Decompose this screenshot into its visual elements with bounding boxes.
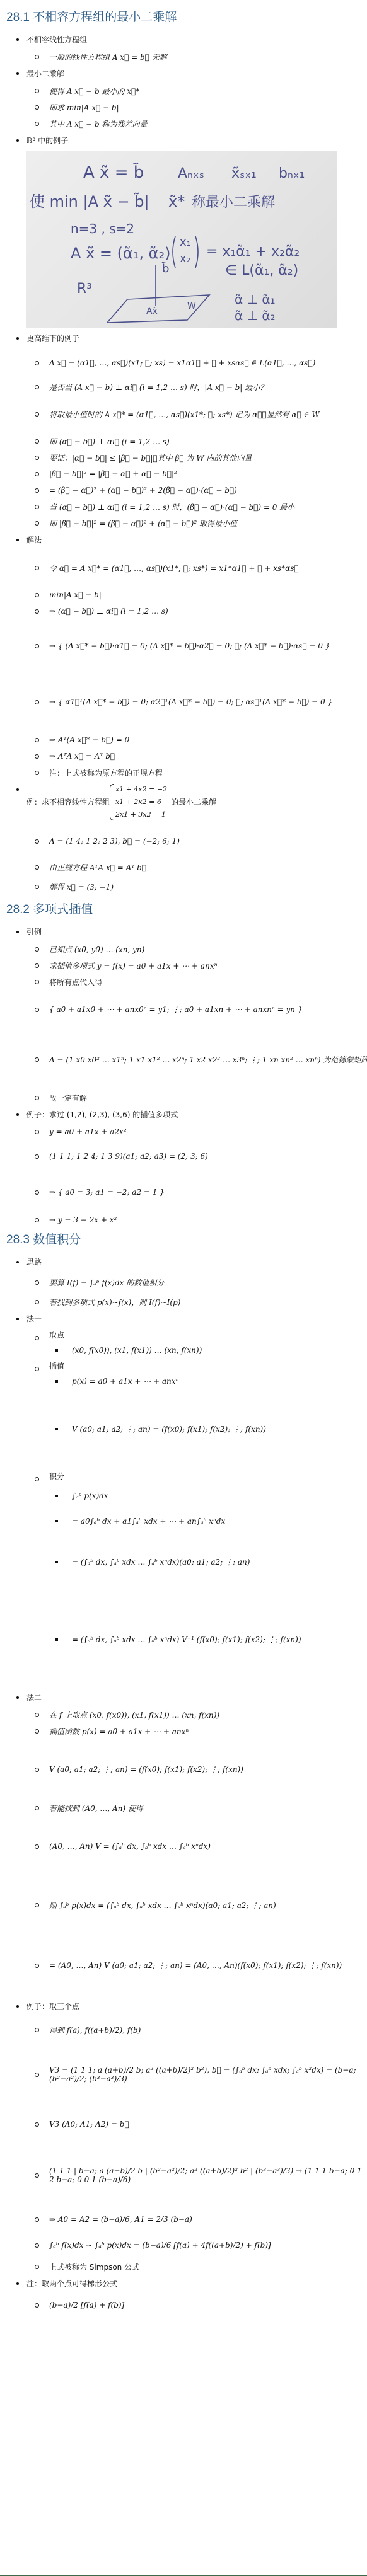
sub-item: A = (1 4; 1 2; 2 3), b⃗ = (−2; 6; 1) (26, 825, 367, 857)
item-label: 解法 (26, 534, 42, 546)
sub-item: ∫ₐᵇ f(x)dx ~ ∫ₐᵇ p(x)dx = (b−a)/6 [f(a) … (26, 2234, 367, 2257)
svg-text:Aₙₓₛ: Aₙₓₛ (178, 166, 204, 181)
sub-sub-item: p(x) = a0 + a1x + ⋯ + anxⁿ (49, 1375, 367, 1388)
item-label: 引例 (26, 926, 42, 938)
sub-item: V (a0; a1; a2; ⋮; an) = (f(x0); f(x1); f… (26, 1741, 367, 1798)
sub-item: 积分 ∫ₐᵇ p(x)dx = a0∫ₐᵇ dx + a1∫ₐᵇ xdx + ⋯… (26, 1471, 367, 1687)
sub-item: 已知点 (x0, y0) … (xn, yn) (26, 943, 367, 955)
sub-item: 插值函数 p(x) = a0 + a1x + ⋯ + anxⁿ (26, 1725, 367, 1737)
svg-text:x₂: x₂ (180, 252, 191, 265)
sub-sub-item: = a0∫ₐᵇ dx + a1∫ₐᵇ xdx + ⋯ + an∫ₐᵇ xⁿdx (49, 1510, 367, 1532)
sub-sub-item: ∫ₐᵇ p(x)dx (49, 1485, 367, 1507)
sub-sub-item: V (a0; a1; a2; ⋮; an) = (f(x0); f(x1); f… (49, 1391, 367, 1467)
sub-item: ⇒ y = 3 − 2x + x² (26, 1214, 367, 1226)
sub-item: (1 1 1; 1 2 4; 1 3 9)(a1; a2; a3) = (2; … (26, 1142, 367, 1171)
svg-text:n=3 , s=2: n=3 , s=2 (71, 221, 134, 236)
svg-text:A x̃ = (α̃₁, α̃₂): A x̃ = (α̃₁, α̃₂) (71, 244, 170, 262)
sub-item: 求插值多项式 y = f(x) = a0 + a1x + ⋯ + anxⁿ (26, 959, 367, 972)
sub-item: min|A x⃗ − b| (26, 589, 367, 601)
sub-sub-item: = (∫ₐᵇ dx, ∫ₐᵇ xdx … ∫ₐᵇ xⁿdx)(a0; a1; a… (49, 1536, 367, 1589)
section-28-3-list: 思路 要算 I(f) = ∫ₐᵇ f(x)dx 的数值积分 若找到多项式 p(x… (6, 1256, 367, 2316)
svg-text:A x̃ = b̃: A x̃ = b̃ (83, 162, 144, 182)
list-item: 更高维下的例子 A x⃗ = (α1⃗, …, αs⃗)(x1; ⋮; xs) … (6, 333, 367, 529)
svg-text:= x₁α̃₁ + x₂α̃₂: = x₁α̃₁ + x₂α̃₂ (206, 244, 300, 260)
sub-item: ⇒ A0 = A2 = (b−a)/6, A1 = 2/3 (b−a) (26, 2209, 367, 2230)
sub-item: 故一定有解 (26, 1091, 367, 1104)
whiteboard-photo: A x̃ = b̃ Aₙₓₛ x̃ₛₓ₁ bₙₓ₁ 使 min |A x̃ − … (26, 151, 337, 328)
sub-item: ⇒ AᵀA x⃗ = Aᵀ b⃗ (26, 750, 367, 762)
sub-item: |β⃗ − b⃗|² = |β⃗ − α⃗ + α⃗ − b⃗|² (26, 468, 367, 480)
sub-item: 在 f 上取点 (x0, f(x0)), (x1, f(x1)) … (xn, … (26, 1708, 367, 1721)
sub-item: 当 (α⃗ − b⃗) ⊥ αi⃗ (i = 1,2 … s) 时，(β⃗ − … (26, 500, 367, 513)
sub-item: 将所有点代入得 (26, 975, 367, 988)
item-label: 例子：取三个点 (26, 2001, 79, 2012)
sub-item: 即 |β⃗ − b⃗|² = (β⃗ − α⃗)² + (α⃗ − b⃗)² 取… (26, 517, 367, 529)
list-item: 例子：取三个点 得到 f(a), f((a+b)/2), f(b) V3 = (… (6, 2001, 367, 2273)
sub-item: 若找到多项式 p(x)~f(x)，则 I(f)~I(p) (26, 1296, 367, 1308)
sub-item: 令 α⃗ = A x⃗* = (α1⃗, …, αs⃗)(x1*; ⋮; xs*… (26, 551, 367, 585)
sub-item: ⇒ { a0 = 3; a1 = −2; a2 = 1 } (26, 1175, 367, 1210)
sub-item: 插值 p(x) = a0 + a1x + ⋯ + anxⁿ V (a0; a1;… (26, 1360, 367, 1467)
sub-item: (1 1 1 | b−a; a (a+b)/2 b | (b²−a²)/2; a… (26, 2146, 367, 2205)
sub-item: 将取最小值时的 A x⃗* = (α1⃗, …, αs⃗)(x1*; ⋮; xs… (26, 397, 367, 431)
list-item: 不相容线性方程组 一般的线性方程组 A x⃗ = b⃗ 无解 (6, 34, 367, 63)
sub-item: ⇒ Aᵀ(A x⃗* − b⃗) = 0 (26, 733, 367, 746)
list-item: 解法 令 α⃗ = A x⃗* = (α1⃗, …, αs⃗)(x1*; ⋮; … (6, 534, 367, 779)
equation-system: x1 + 4x2 = −2 x1 + 2x2 = 6 2x1 + 3x2 = 1 (110, 784, 167, 820)
item-label: 例子：求过 (1,2), (2,3), (3,6) 的插值多项式 (26, 1109, 178, 1120)
sub-item: (b−a)/2 [f(a) + f(b)] (26, 2294, 367, 2316)
list-item: ℝ³ 中的例子 A x̃ = b̃ Aₙₓₛ x̃ₛₓ₁ bₙₓ₁ 使 min … (6, 135, 367, 328)
sub-item: V3 = (1 1 1; a (a+b)/2 b; a² ((a+b)/2)² … (26, 2046, 367, 2103)
sub-item: 若能找到 (A0, …, An) 使得 (26, 1802, 367, 1814)
item-label: 注：取两个点可得梯形公式 (26, 2278, 117, 2289)
svg-text:bₙₓ₁: bₙₓ₁ (279, 166, 305, 181)
section-28-1-list: 不相容线性方程组 一般的线性方程组 A x⃗ = b⃗ 无解 最小二乘解 使得 … (6, 34, 367, 896)
item-label: 法二 (26, 1692, 42, 1703)
list-item: 注：取两个点可得梯形公式 (b−a)/2 [f(a) + f(b)] (6, 2278, 367, 2316)
section-28-2-list: 引例 已知点 (x0, y0) … (xn, yn) 求插值多项式 y = f(… (6, 926, 367, 1226)
item-label: 更高维下的例子 (26, 333, 79, 344)
sub-item: 则 ∫ₐᵇ p(x)dx = (∫ₐᵇ dx, ∫ₐᵇ xdx … ∫ₐᵇ xⁿ… (26, 1878, 367, 1931)
sub-item: 即 (α⃗ − b⃗) ⊥ αi⃗ (i = 1,2 … s) (26, 435, 367, 447)
sub-sub-item: (x0, f(x0)), (x1, f(x1)) … (xn, f(xn)) (49, 1344, 367, 1357)
list-item: 引例 已知点 (x0, y0) … (xn, yn) 求插值多项式 y = f(… (6, 926, 367, 1104)
sub-item: 得到 f(a), f((a+b)/2), f(b) (26, 2017, 367, 2042)
sub-item: ⇒ { (A x⃗* − b⃗)·α1⃗ = 0; (A x⃗* − b⃗)·α… (26, 621, 367, 670)
item-label: 不相容线性方程组 (26, 34, 87, 45)
sub-item: = (β⃗ − α⃗)² + (α⃗ − b⃗)² + 2(β⃗ − α⃗)·(… (26, 484, 367, 497)
sub-item: A x⃗ = (α1⃗, …, αs⃗)(x1; ⋮; xs) = x1α1⃗ … (26, 349, 367, 377)
sub-item: ⇒ { α1⃗ᵀ(A x⃗* − b⃗) = 0; α2⃗ᵀ(A x⃗* − b… (26, 674, 367, 730)
svg-text:x₁: x₁ (180, 236, 191, 249)
item-label: 最小二乘解 (26, 68, 64, 79)
list-item: 法一 取点 (x0, f(x0)), (x1, f(x1)) … (xn, f(… (6, 1313, 367, 1687)
sub-item: 解得 x⃗ = (3; −1) (26, 877, 367, 896)
sub-item: 要算 I(f) = ∫ₐᵇ f(x)dx 的数值积分 (26, 1273, 367, 1292)
section-title-28-1: 28.1 不相容方程组的最小二乘解 (6, 10, 367, 25)
svg-text:x̃ₛₓ₁: x̃ₛₓ₁ (231, 166, 257, 181)
sub-item: 是否当 (A x⃗ − b) ⊥ αi⃗ (i = 1,2 … s) 时，|A … (26, 381, 367, 393)
sub-item: 即求 min|A x⃗ − b| (26, 101, 367, 113)
sub-item: 要证：|α⃗ − b⃗| ≤ |β⃗ − b⃗|，其中 β⃗ 为 W 内的其他向… (26, 451, 367, 464)
sub-item: 上式被称为 Simpson 公式 (26, 2260, 367, 2273)
svg-text:α̃ ⊥ α̃₂: α̃ ⊥ α̃₂ (235, 308, 276, 323)
sub-item: y = a0 + a1x + a2x² (26, 1125, 367, 1138)
sub-item: 由正规方程 AᵀA x⃗ = Aᵀ b⃗ (26, 861, 367, 873)
sub-item: 其中 A x⃗ − b 称为残差向量 (26, 117, 367, 130)
list-item: 思路 要算 I(f) = ∫ₐᵇ f(x)dx 的数值积分 若找到多项式 p(x… (6, 1256, 367, 1308)
list-item: 例子：求过 (1,2), (2,3), (3,6) 的插值多项式 y = a0 … (6, 1109, 367, 1226)
sub-item: 取点 (x0, f(x0)), (x1, f(x1)) … (xn, f(xn)… (26, 1330, 367, 1357)
section-title-28-3: 28.3 数值积分 (6, 1233, 367, 1248)
sub-item: = (A0, …, An) V (a0; a1; a2; ⋮; an) = (A… (26, 1935, 367, 1996)
svg-text:使 min |A x̃ − b̃|: 使 min |A x̃ − b̃| (30, 193, 149, 210)
item-label: 法一 (26, 1313, 42, 1325)
svg-text:称最小二乘解: 称最小二乘解 (192, 195, 275, 210)
item-label: ℝ³ 中的例子 (26, 135, 68, 146)
sub-item: 注：上式被称为原方程的正规方程 (26, 766, 367, 779)
svg-text:α̃ ⊥ α̃₁: α̃ ⊥ α̃₁ (235, 292, 276, 307)
sub-item: { a0 + a1x0 + ⋯ + anx0ⁿ = y1; ⋮; a0 + a1… (26, 992, 367, 1027)
sub-item: V3 (A0; A1; A2) = b⃗ (26, 2107, 367, 2142)
list-item: 例：求不相容线性方程组 x1 + 4x2 = −2 x1 + 2x2 = 6 2… (6, 784, 367, 896)
svg-text:b̃: b̃ (161, 262, 169, 275)
sub-item: 一般的线性方程组 A x⃗ = b⃗ 无解 (26, 50, 367, 63)
whiteboard-handwriting-icon: A x̃ = b̃ Aₙₓₛ x̃ₛₓ₁ bₙₓ₁ 使 min |A x̃ − … (26, 151, 337, 328)
item-label: 思路 (26, 1256, 42, 1268)
svg-text:W: W (187, 301, 196, 311)
svg-text:x̃*: x̃* (168, 193, 185, 210)
sub-item: ⇒ (α⃗ − b⃗) ⊥ αi⃗ (i = 1,2 … s) (26, 605, 367, 618)
section-title-28-2: 28.2 多项式插值 (6, 902, 367, 917)
sub-item: (A0, …, An) V = (∫ₐᵇ dx, ∫ₐᵇ xdx … ∫ₐᵇ x… (26, 1818, 367, 1875)
svg-text:R³: R³ (77, 281, 92, 297)
list-item: 最小二乘解 使得 A x⃗ − b 最小的 x⃗* 即求 min|A x⃗ − … (6, 68, 367, 130)
svg-text:Ax̃: Ax̃ (146, 306, 158, 316)
list-item: 法二 在 f 上取点 (x0, f(x0)), (x1, f(x1)) … (x… (6, 1692, 367, 1996)
sub-item: 使得 A x⃗ − b 最小的 x⃗* (26, 84, 367, 97)
sub-sub-item: = (∫ₐᵇ dx, ∫ₐᵇ xdx … ∫ₐᵇ xⁿdx) V⁻¹ (f(x0… (49, 1592, 367, 1687)
document: 28.1 不相容方程组的最小二乘解 不相容线性方程组 一般的线性方程组 A x⃗… (0, 0, 367, 2340)
svg-text:∈ L(α̃₁, α̃₂): ∈ L(α̃₁, α̃₂) (225, 263, 298, 279)
item-label: 例：求不相容线性方程组 x1 + 4x2 = −2 x1 + 2x2 = 6 2… (26, 784, 216, 820)
sub-item: A = (1 x0 x0² … x1ⁿ; 1 x1 x1² … x2ⁿ; 1 x… (26, 1031, 367, 1088)
